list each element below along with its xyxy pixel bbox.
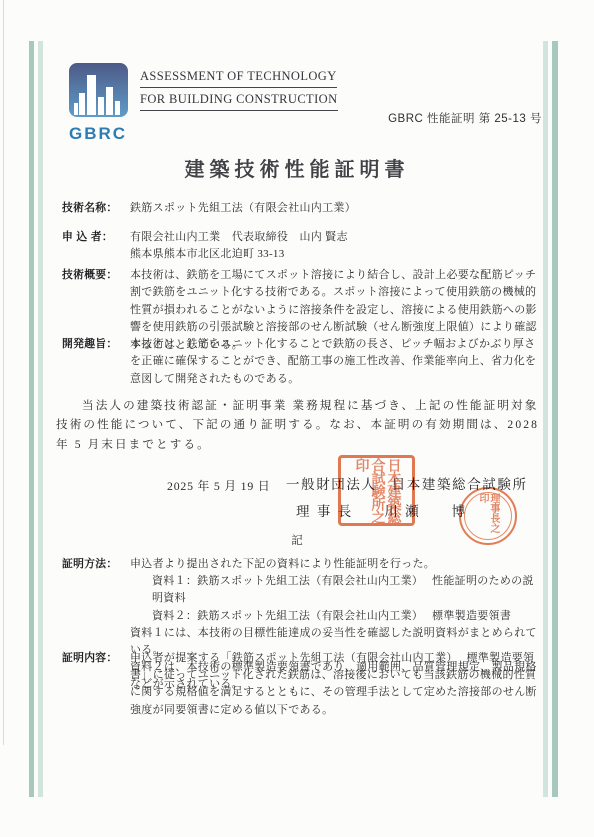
gbrc-logo: GBRC (66, 63, 130, 144)
certificate-document: GBRC ASSESSMENT OF TECHNOLOGY FOR BUILDI… (0, 0, 594, 837)
gbrc-logo-text: GBRC (66, 124, 130, 144)
field-purpose-value: 本技術は、鉄筋をユニット化することで鉄筋の長さ、ピッチ幅およびかぶり厚さを正確に… (130, 338, 536, 385)
field-tech-name: 技術名称： 鉄筋スポット先組工法（有限会社山内工業） (62, 200, 544, 217)
field-applicant-label: 申 込 者： (62, 229, 113, 246)
method-doc1: 資料１：鉄筋スポット先組工法（有限会社山内工業） 性能証明のための説明資料 (152, 573, 544, 607)
field-purpose: 開発趣旨： 本技術は、鉄筋をユニット化することで鉄筋の長さ、ピッチ幅およびかぶり… (62, 336, 544, 388)
section-content-value: 申込者が提案する「鉄筋スポット先組工法（有限会社山内工業） 標準製造要領書」に従… (130, 652, 537, 716)
square-seal-text: 日本建築総合試験所之印 (353, 458, 401, 523)
field-purpose-label: 開発趣旨： (62, 336, 117, 353)
field-applicant: 申 込 者： 有限会社山内工業 代表取締役 山内 賢志 熊本県熊本市北区北迫町 … (62, 229, 544, 264)
document-title: 建築技術性能証明書 (0, 153, 594, 182)
field-applicant-address: 熊本県熊本市北区北迫町 33-13 (130, 246, 544, 263)
org-en-line2: FOR BUILDING CONSTRUCTION (140, 90, 338, 111)
certification-statement: 当法人の建築技術認証・証明事業 業務規程に基づき、上記の性能証明対象技術の性能に… (56, 396, 544, 454)
section-method-label: 証明方法： (62, 556, 117, 573)
org-en-line1: ASSESSMENT OF TECHNOLOGY (140, 67, 337, 88)
method-doc2: 資料２：鉄筋スポット先組工法（有限会社山内工業） 標準製造要領書 (152, 608, 544, 625)
method-intro: 申込者より提出された下記の資料により性能証明を行った。 (130, 556, 544, 573)
director-round-seal: 理事長之印 (459, 487, 517, 545)
org-name-english: ASSESSMENT OF TECHNOLOGY FOR BUILDING CO… (140, 67, 338, 111)
issue-date: 2025 年 5 月 19 日 (167, 477, 270, 494)
round-seal-text: 理事長之印 (477, 493, 499, 539)
round-seal-inner-ring: 理事長之印 (464, 492, 512, 540)
field-tech-name-label: 技術名称： (62, 200, 117, 217)
section-content-label: 証明内容： (62, 650, 117, 667)
field-overview-label: 技術概要： (62, 267, 117, 284)
field-applicant-value: 有限会社山内工業 代表取締役 山内 賢志 (130, 229, 544, 246)
section-content: 証明内容： 申込者が提案する「鉄筋スポット先組工法（有限会社山内工業） 標準製造… (62, 650, 544, 719)
gbrc-logo-icon (69, 104, 128, 121)
field-tech-name-value: 鉄筋スポット先組工法（有限会社山内工業） (130, 202, 356, 214)
scan-edge-line (3, 0, 4, 745)
certificate-number: GBRC 性能証明 第 25-13 号 (300, 110, 542, 126)
official-square-seal: 日本建築総合試験所之印 (338, 455, 415, 526)
